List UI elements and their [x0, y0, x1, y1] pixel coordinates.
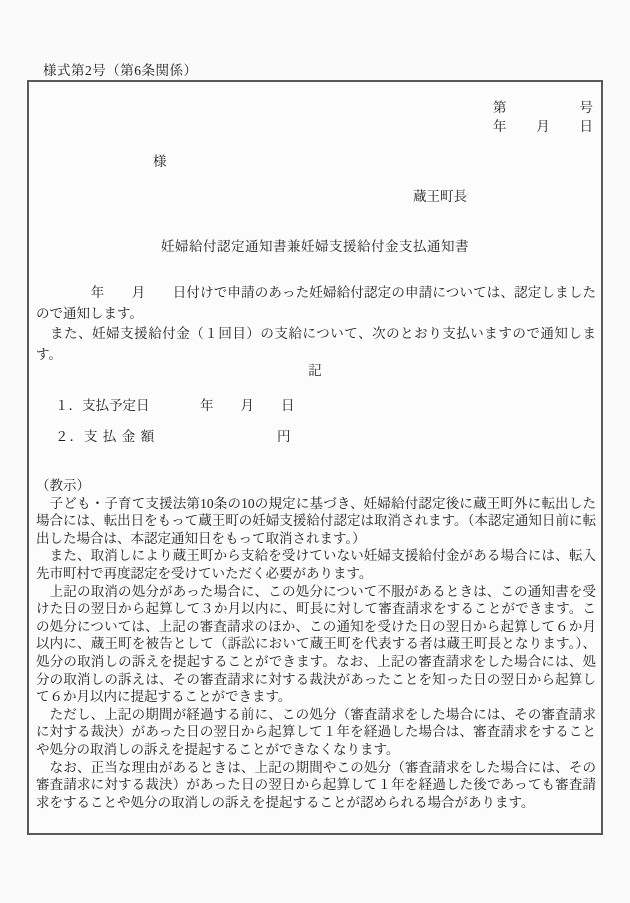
addressee-honorific: 様	[153, 150, 167, 170]
payment-date-item-value: 年 月 日	[200, 394, 295, 414]
document-border-box: 第 号 年 月 日 様 蔵王町長 妊婦給付認定通知書兼妊婦支援給付金支払通知書 …	[27, 80, 603, 835]
notification-paragraph-1: 年 月 日付けで申請のあった妊婦給付認定の申請については、認定しましたので通知し…	[36, 283, 596, 324]
date-year-label: 年	[493, 115, 507, 135]
notification-body: 年 月 日付けで申請のあった妊婦給付認定の申請については、認定しましたので通知し…	[36, 283, 596, 365]
kyoji-paragraph: なお、正当な理由があるときは、上記の期間やこの処分（審査請求をした場合には、その…	[36, 759, 596, 812]
kyoji-paragraph: 子ども・子育て支援法第10条の10の規定に基づき、妊婦給付認定後に蔵王町外に転出…	[36, 495, 596, 548]
payment-date-item-label: １．支払予定日	[55, 394, 150, 414]
ki-heading: 記	[29, 359, 601, 379]
sender-title: 蔵王町長	[413, 185, 467, 205]
date-day-label: 日	[580, 115, 594, 135]
doc-date-line: 年 月 日	[493, 115, 593, 135]
doc-number-suffix: 号	[580, 96, 594, 116]
kyoji-section: （教示） 子ども・子育て支援法第10条の10の規定に基づき、妊婦給付認定後に蔵王…	[36, 477, 596, 811]
payment-amount-item-label: ２．支 払 金 額	[55, 425, 155, 445]
document-page: { "colors": { "page_background": "#fafaf…	[0, 0, 630, 903]
kyoji-heading: （教示）	[36, 477, 596, 495]
form-style-label: 様式第2号（第6条関係）	[43, 59, 198, 79]
kyoji-paragraph: 上記の取消の処分があった場合に、この処分について不服があるときは、この通知書を受…	[36, 583, 596, 706]
date-month-label: 月	[536, 115, 550, 135]
doc-number-prefix: 第	[493, 96, 507, 116]
payment-amount-item-value: 円	[277, 425, 291, 445]
doc-number-line: 第 号	[493, 96, 593, 116]
document-title: 妊婦給付認定通知書兼妊婦支援給付金支払通知書	[29, 235, 601, 255]
kyoji-paragraph: また、取消しにより蔵王町から支給を受けていない妊婦支援給付金がある場合には、転入…	[36, 547, 596, 582]
kyoji-paragraph: ただし、上記の期間が経過する前に、この処分（審査請求をした場合には、その審査請求…	[36, 706, 596, 759]
